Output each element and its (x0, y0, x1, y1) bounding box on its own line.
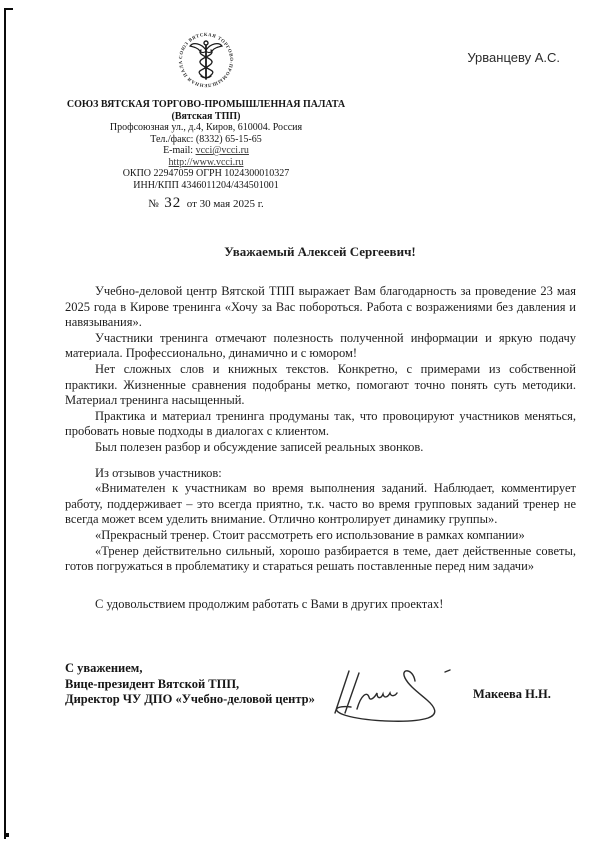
paragraph-closing: С удовольствием продолжим работать с Вам… (65, 597, 576, 613)
scan-edge-line (4, 8, 6, 839)
org-inn-kpp: ИНН/КПП 4346011204/434501001 (60, 180, 352, 192)
chamber-emblem-caduceus-icon: СОЮЗ ВЯТСКАЯ ТОРГОВО-ПРОМЫШЛЕННАЯ ПАЛАТА (174, 28, 238, 92)
letter-body: Учебно-деловой центр Вятской ТПП выражае… (65, 284, 576, 612)
paragraph-quote-3: «Тренер действительно сильный, хорошо ра… (65, 544, 576, 575)
scan-edge-tick (4, 8, 13, 10)
org-phone: Тел./факс: (8332) 65-15-65 (60, 134, 352, 146)
paragraph-calls: Был полезен разбор и обсуждение записей … (65, 440, 576, 456)
org-email-line: E-mail: vcci@vcci.ru (60, 145, 352, 157)
signature-block: С уважением, Вице-президент Вятской ТПП,… (65, 661, 576, 751)
signatory-name: Макеева Н.Н. (473, 687, 551, 703)
paragraph-style: Нет сложных слов и книжных текстов. Конк… (65, 362, 576, 409)
org-address: Профсоюзная ул., д.4, Киров, 610004. Рос… (60, 122, 352, 134)
emblem-ring-text: СОЮЗ ВЯТСКАЯ ТОРГОВО-ПРОМЫШЛЕННАЯ ПАЛАТА (174, 28, 233, 87)
paragraph-quote-1: «Внимателен к участникам во время выполн… (65, 481, 576, 528)
handwritten-signature (317, 663, 467, 738)
scanned-letter-page: Урванцеву А.С. СОЮЗ ВЯТСКАЯ ТОРГОВО-ПРОМ… (0, 0, 597, 844)
ref-date: от 30 мая 2025 г. (187, 198, 264, 210)
svg-text:СОЮЗ ВЯТСКАЯ ТОРГОВО-ПРОМЫШЛ: СОЮЗ ВЯТСКАЯ ТОРГОВО-ПРОМЫШЛЕННАЯ ПАЛАТА (174, 28, 233, 87)
caduceus-icon (190, 41, 222, 79)
org-short-name: (Вятская ТПП) (60, 111, 352, 123)
letterhead: СОЮЗ ВЯТСКАЯ ТОРГОВО-ПРОМЫШЛЕННАЯ ПАЛАТА… (60, 28, 352, 211)
paragraph-feedback-summary: Участники тренинга отмечают полезность п… (65, 331, 576, 362)
website-link[interactable]: http://www.vcci.ru (169, 157, 244, 168)
ref-prefix: № (148, 198, 159, 210)
email-label: E-mail: (163, 145, 196, 156)
paragraph-gratitude: Учебно-деловой центр Вятской ТПП выражае… (65, 284, 576, 331)
recipient-name: Урванцеву А.С. (467, 50, 560, 65)
paragraph-practice: Практика и материал тренинга продуманы т… (65, 409, 576, 440)
org-okpo-ogrn: ОКПО 22947059 ОГРН 1024300010327 (60, 168, 352, 180)
scan-edge-foot (4, 833, 9, 837)
reference-line: № 32 от 30 мая 2025 г. (60, 198, 352, 211)
paragraph-reviews-intro: Из отзывов участников: (65, 466, 576, 482)
email-link[interactable]: vcci@vcci.ru (196, 145, 249, 156)
ref-number: 32 (164, 195, 181, 211)
salutation: Уважаемый Алексей Сергеевич! (65, 244, 575, 260)
org-name: СОЮЗ ВЯТСКАЯ ТОРГОВО-ПРОМЫШЛЕННАЯ ПАЛАТА (60, 99, 352, 111)
org-website-line: http://www.vcci.ru (60, 157, 352, 169)
paragraph-quote-2: «Прекрасный тренер. Стоит рассмотреть ег… (65, 528, 576, 544)
